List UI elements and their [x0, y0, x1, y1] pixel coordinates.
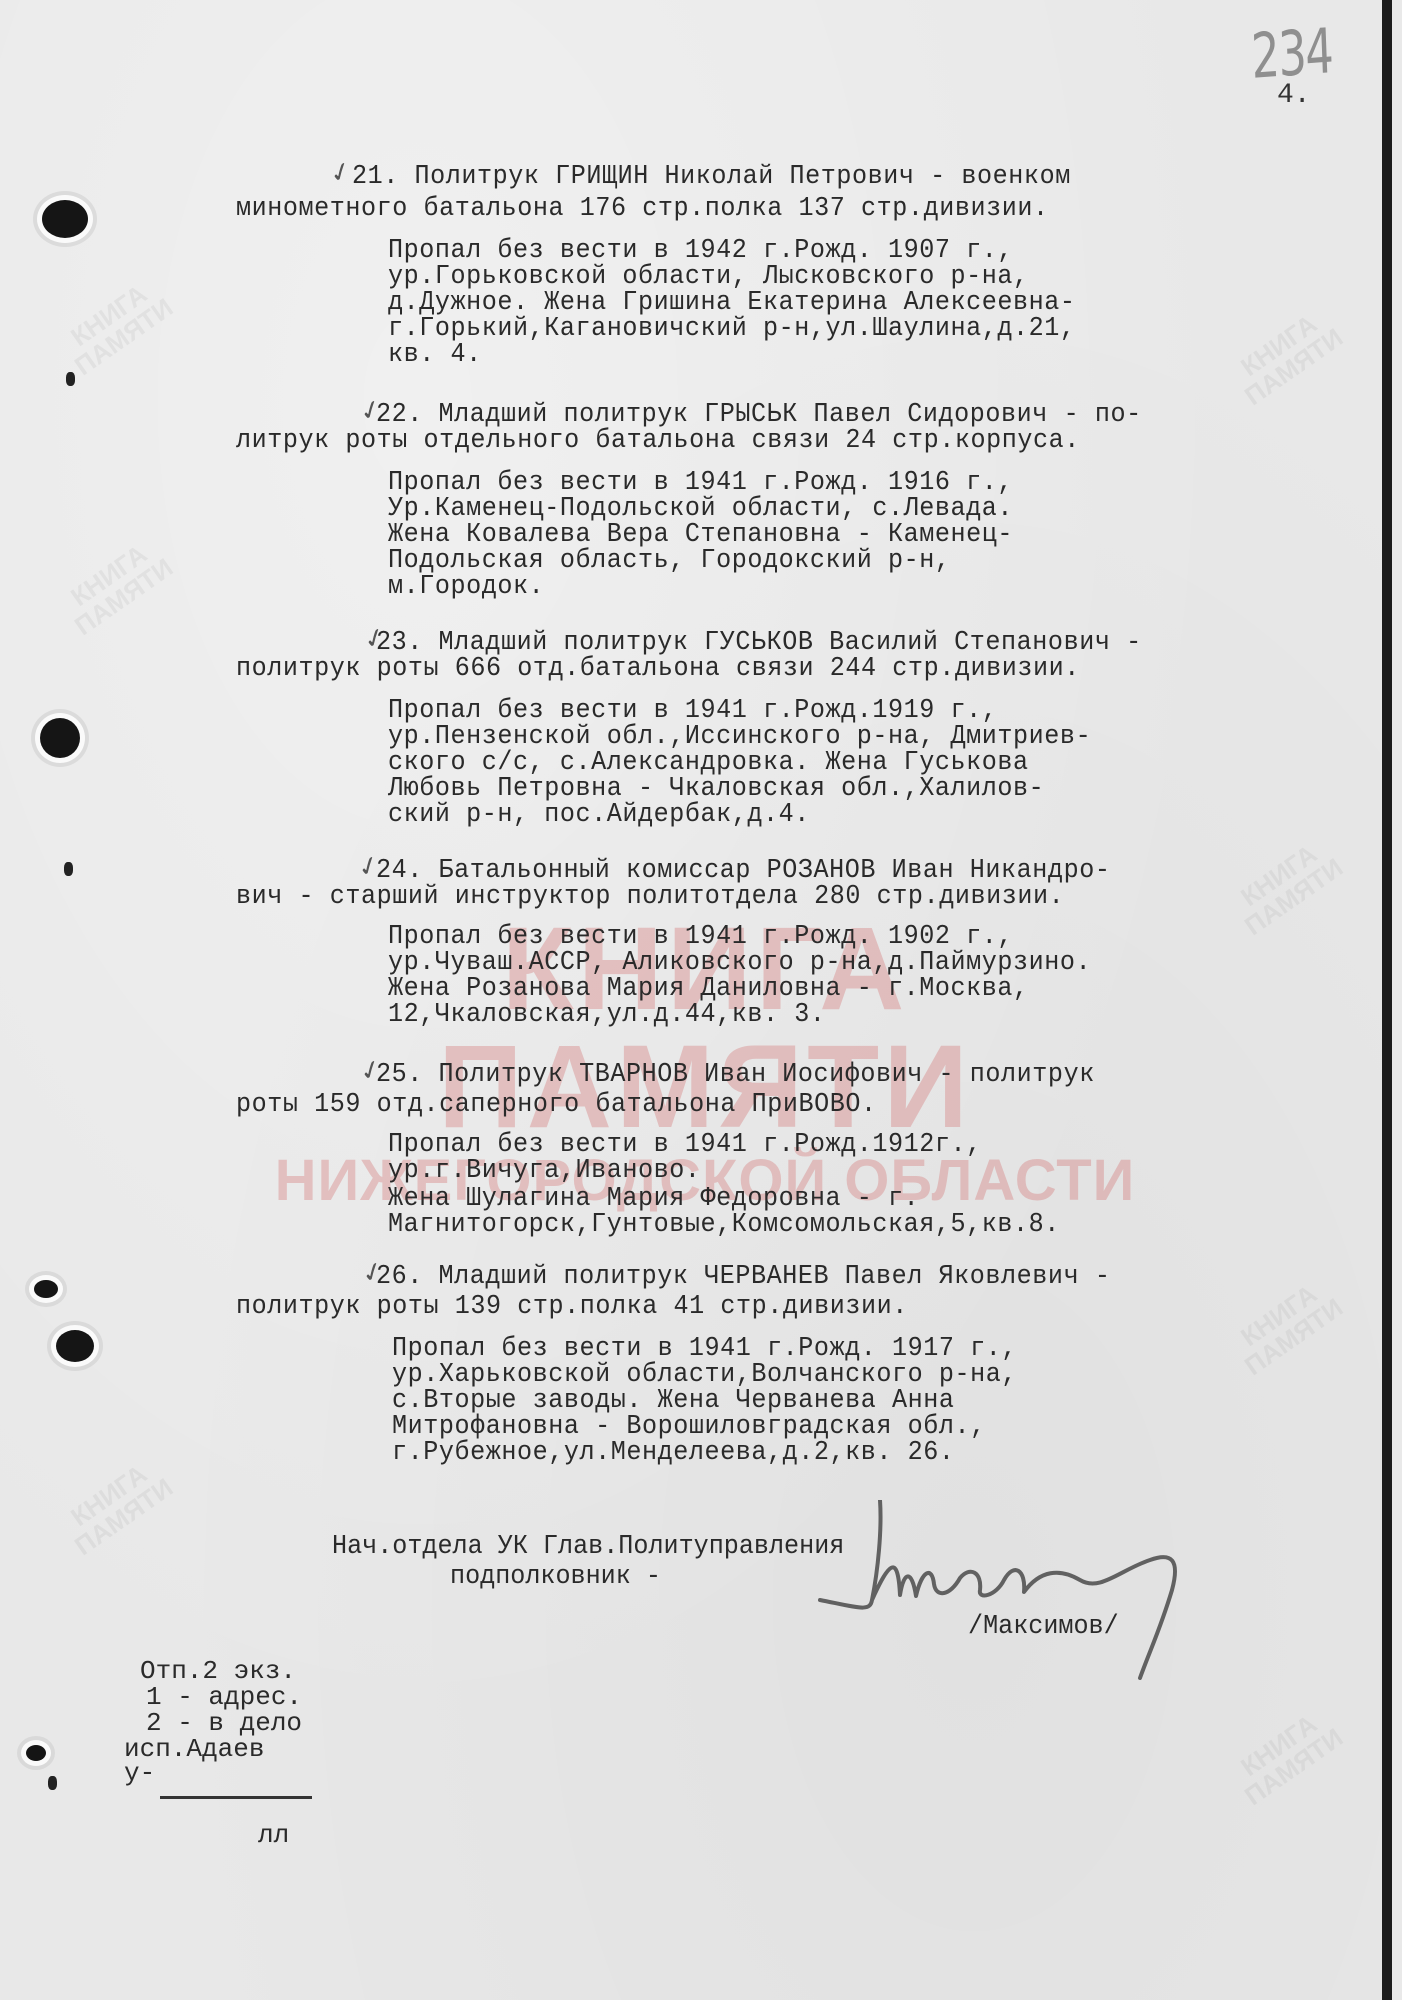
entry-detail: г.Горький,Кагановичский р-н,ул.Шаулина,д… [388, 314, 1076, 344]
entry-heading: вич - старший инструктор политотдела 280… [236, 882, 1064, 912]
signatory-rank: подполковник - [450, 1562, 661, 1592]
entry-heading: 26. Младший политрук ЧЕРВАНЕВ Павел Яков… [376, 1262, 1110, 1292]
entry-heading: 25. Политрук ТВАРНОВ Иван Иосифович - по… [376, 1060, 1095, 1090]
punch-hole [56, 1330, 94, 1362]
punch-hole [42, 200, 88, 238]
ghost-stamp: КНИГАПАМЯТИ [1225, 1702, 1347, 1809]
entry-detail: ур.г.Вичуга,Иваново. [388, 1156, 701, 1186]
entry-detail: м.Городок. [388, 572, 544, 602]
punch-mark [66, 372, 75, 386]
page-number: 4. [1277, 80, 1311, 111]
handwritten-signature [800, 1500, 1240, 1680]
entry-detail: 12,Чкаловская,ул.д.44,кв. 3. [388, 1000, 826, 1030]
ghost-stamp: КНИГАПАМЯТИ [1225, 302, 1347, 409]
ghost-stamp: КНИГАПАМЯТИ [1225, 1272, 1347, 1379]
entry-detail: ский р-н, пос.Айдербак,д.4. [388, 800, 810, 830]
entry-heading: политрук роты 666 отд.батальона связи 24… [236, 654, 1080, 684]
entry-detail: Магнитогорск,Гунтовые,Комсомольская,5,кв… [388, 1210, 1060, 1240]
entry-heading: литрук роты отдельного батальона связи 2… [236, 426, 1080, 456]
ghost-stamp: КНИГАПАМЯТИ [1225, 832, 1347, 939]
underline [160, 1796, 312, 1799]
entry-heading: политрук роты 139 стр.полка 41 стр.дивиз… [236, 1292, 908, 1322]
ghost-stamp: КНИГАПАМЯТИ [55, 1452, 177, 1559]
punch-mark [64, 862, 73, 876]
typist-mark: у- [124, 1758, 155, 1788]
punch-hole [34, 1280, 58, 1298]
entry-detail: г.Рубежное,ул.Менделеева,д.2,кв. 26. [392, 1438, 955, 1468]
entry-detail: кв. 4. [388, 340, 482, 370]
punch-hole [26, 1745, 46, 1761]
punch-hole [40, 718, 80, 758]
ghost-stamp: КНИГАПАМЯТИ [55, 272, 177, 379]
entry-heading: минометного батальона 176 стр.полка 137 … [236, 194, 1049, 224]
ghost-stamp: КНИГАПАМЯТИ [55, 532, 177, 639]
typist-initials: лл [258, 1820, 289, 1850]
signatory-position: Нач.отдела УК Глав.Политуправления [332, 1532, 844, 1562]
entry-heading: 21. Политрук ГРИЩИН Николай Петрович - в… [352, 162, 1071, 192]
document-page: КНИГАПАМЯТИ КНИГАПАМЯТИ КНИГАПАМЯТИ КНИГ… [0, 0, 1392, 2000]
entry-heading: роты 159 отд.саперного батальона ПриВОВО… [236, 1090, 877, 1120]
scan-edge [1382, 0, 1392, 2000]
punch-mark [48, 1776, 57, 1790]
